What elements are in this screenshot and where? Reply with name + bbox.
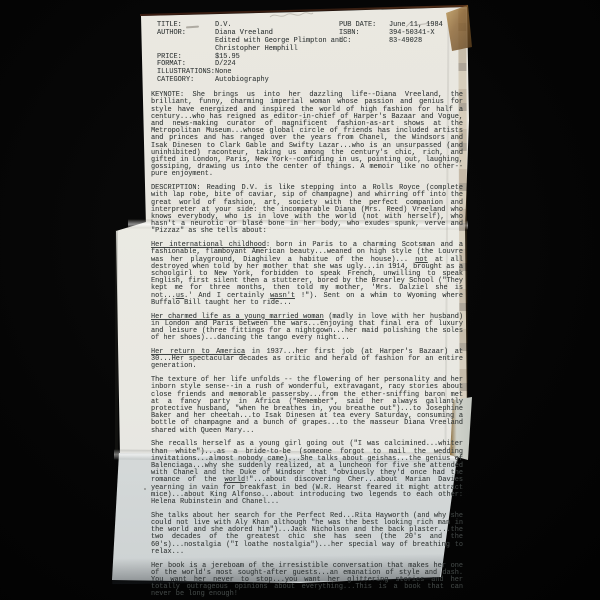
- header-field-label: [339, 69, 389, 77]
- paragraph: Her book is a jereboam of the irresistib…: [151, 563, 463, 599]
- header-field-value: D/224: [215, 61, 339, 69]
- header-field-value: Autobiography: [215, 77, 339, 85]
- paragraph: She talks about her search for the Perfe…: [151, 513, 463, 556]
- paragraph: KEYNOTE: She brings us into her dazzling…: [151, 92, 463, 178]
- header-field-value: [389, 69, 463, 77]
- pencil-scribble-icon: [268, 9, 314, 21]
- body-paragraphs: KEYNOTE: She brings us into her dazzling…: [151, 92, 463, 599]
- text-run: She talks about her search for the Perfe…: [151, 512, 463, 556]
- header-line: Edited with George Plimpton andLC:83-490…: [151, 38, 463, 46]
- header-line: CATEGORY:Autobiography: [151, 77, 463, 85]
- header-field-value: 83-49028: [389, 38, 463, 46]
- header-field-label: [157, 38, 215, 46]
- header-field-label: LC:: [339, 38, 389, 46]
- header-field-value: [389, 54, 463, 62]
- header-line: ILLUSTRATIONS:None: [151, 69, 463, 77]
- text-run: KEYNOTE: She brings us into her dazzling…: [151, 91, 463, 178]
- text-run: The texture of her life unfolds -- the f…: [151, 376, 463, 434]
- header-field-value: [389, 77, 463, 85]
- text-run: DESCRIPTION: Reading D.V. is like steppi…: [151, 184, 463, 235]
- header-line: PRICE:$15.95: [151, 54, 463, 62]
- paragraph: Her international childhood: born in Par…: [151, 242, 463, 307]
- header-field-label: [339, 46, 389, 54]
- header-field-value: [389, 46, 463, 54]
- header-field-label: AUTHOR:: [157, 30, 215, 38]
- typed-text: TITLE:D.V.PUB DATE:June 11, 1984AUTHOR:D…: [151, 22, 463, 600]
- paragraph: Her return to America in 1937...her firs…: [151, 349, 463, 371]
- photo-stage: TITLE:D.V.PUB DATE:June 11, 1984AUTHOR:D…: [0, 0, 600, 600]
- text-run: Her book is a jereboam of the irresistib…: [151, 562, 463, 599]
- paragraph: Her charmed life as a young married woma…: [151, 314, 463, 343]
- header-field-label: [339, 61, 389, 69]
- paragraph: She recalls herself as a young girl goin…: [151, 441, 463, 506]
- paragraph: DESCRIPTION: Reading D.V. is like steppi…: [151, 185, 463, 235]
- pencil-dot-icon: [144, 488, 146, 490]
- header-block: TITLE:D.V.PUB DATE:June 11, 1984AUTHOR:D…: [151, 22, 463, 85]
- header-field-value: [389, 61, 463, 69]
- header-field-label: CATEGORY:: [157, 77, 215, 85]
- header-field-label: [339, 54, 389, 62]
- paragraph: The texture of her life unfolds -- the f…: [151, 377, 463, 435]
- header-field-label: [339, 77, 389, 85]
- header-line: Christopher Hemphill: [151, 46, 463, 54]
